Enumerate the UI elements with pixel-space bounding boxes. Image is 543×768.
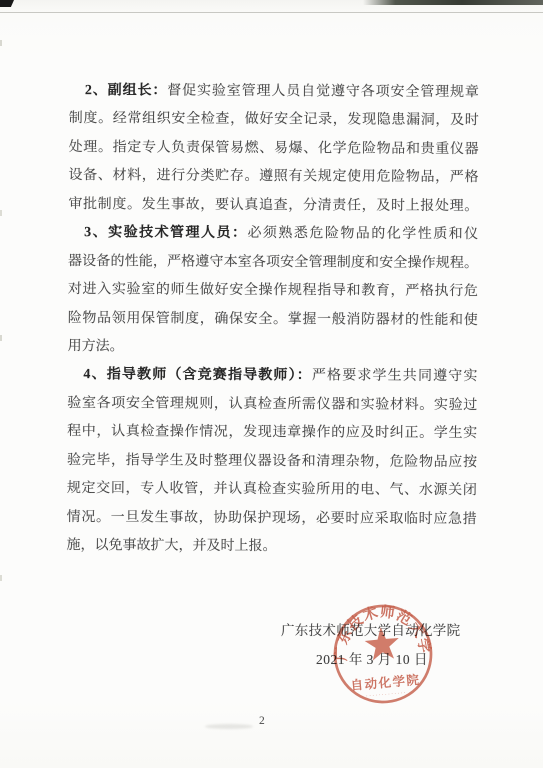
official-seal-stamp: 广东技术师范大学 自动化学院 ············· xyxy=(313,584,454,725)
paragraph-lead-bold: 3、实验技术管理人员： xyxy=(84,225,247,241)
text-line: 3、实验技术管理人员：必须熟悉危险物品的化学性质和仪 xyxy=(68,219,478,250)
paragraph-text: 督促实验室管理人员自觉遵守各项安全管理规章 xyxy=(167,84,479,101)
document-body: 2、副组长：督促实验室管理人员自觉遵守各项安全管理规章 制度。经常组织安全检查，… xyxy=(66,77,479,563)
text-line: 处理。指定专人负责保管易燃、易爆、化学危险物品和贵重仪器 xyxy=(69,134,479,165)
text-line: 程中，认真检查操作情况，发现违章操作的应及时纠正。学生实 xyxy=(67,418,477,449)
text-line: 险物品领用保管制度，确保安全。掌握一般消防器材的性能和使 xyxy=(68,304,478,335)
text-line: 规定交回，专人收管，并认真检查实验所用的电、气、水源关闭 xyxy=(67,475,477,506)
text-line: 验室各项安全管理规则，认真检查所需仪器和实验材料。实验过 xyxy=(67,390,477,421)
text-line: 器设备的性能，严格遵守本室各项安全管理制度和安全操作规程。 xyxy=(68,248,478,279)
paragraph-deputy-leader: 2、副组长：督促实验室管理人员自觉遵守各项安全管理规章 制度。经常组织安全检查，… xyxy=(68,77,479,221)
scan-corner-artifact xyxy=(0,0,14,7)
text-line: 审批制度。发生事故，要认真追查，分清责任，及时上报处理。 xyxy=(68,191,478,222)
paragraph-text: 必须熟悉危险物品的化学性质和仪 xyxy=(247,226,478,242)
text-line: 施，以免事故扩大，并及时上报。 xyxy=(66,532,476,563)
paragraph-lead-bold: 2、副组长： xyxy=(85,83,167,98)
seal-star-icon xyxy=(364,626,401,661)
page-number: 2 xyxy=(259,715,265,727)
text-line: 4、指导教师（含竞赛指导教师）：严格要求学生共同遵守实 xyxy=(67,361,477,392)
scan-left-edge-marks xyxy=(0,40,2,46)
paragraph-lab-technicians: 3、实验技术管理人员：必须熟悉危险物品的化学性质和仪 器设备的性能，严格遵守本室… xyxy=(68,219,479,363)
paragraph-supervising-teachers: 4、指导教师（含竞赛指导教师）：严格要求学生共同遵守实 验室各项安全管理规则，认… xyxy=(66,361,477,562)
scan-top-edge-artifact xyxy=(363,0,543,5)
scan-fold-line xyxy=(0,12,543,13)
seal-bottom-text: 自动化学院 xyxy=(350,672,421,693)
scanned-document-page: 2、副组长：督促实验室管理人员自觉遵守各项安全管理规章 制度。经常组织安全检查，… xyxy=(0,0,543,768)
text-line: 验完毕，指导学生及时整理仪器设备和清理杂物，危险物品应按 xyxy=(67,447,477,478)
paragraph-text: 严格要求学生共同遵守实 xyxy=(312,369,478,385)
text-line: 设备、材料，进行分类贮存。遵照有关规定使用危险物品，严格 xyxy=(68,162,478,193)
text-line: 情况。一旦发生事故，协助保护现场，必要时应采取临时应急措 xyxy=(67,504,477,535)
paragraph-lead-bold: 4、指导教师（含竞赛指导教师）： xyxy=(83,367,312,383)
text-line: 用方法。 xyxy=(68,333,478,364)
scan-smudge xyxy=(205,724,253,729)
text-line: 2、副组长：督促实验室管理人员自觉遵守各项安全管理规章 xyxy=(69,77,479,108)
text-line: 对进入实验室的师生做好安全操作规程指导和教育，严格执行危 xyxy=(68,276,478,307)
text-line: 制度。经常组织安全检查，做好安全记录，发现隐患漏洞，及时 xyxy=(69,105,479,136)
